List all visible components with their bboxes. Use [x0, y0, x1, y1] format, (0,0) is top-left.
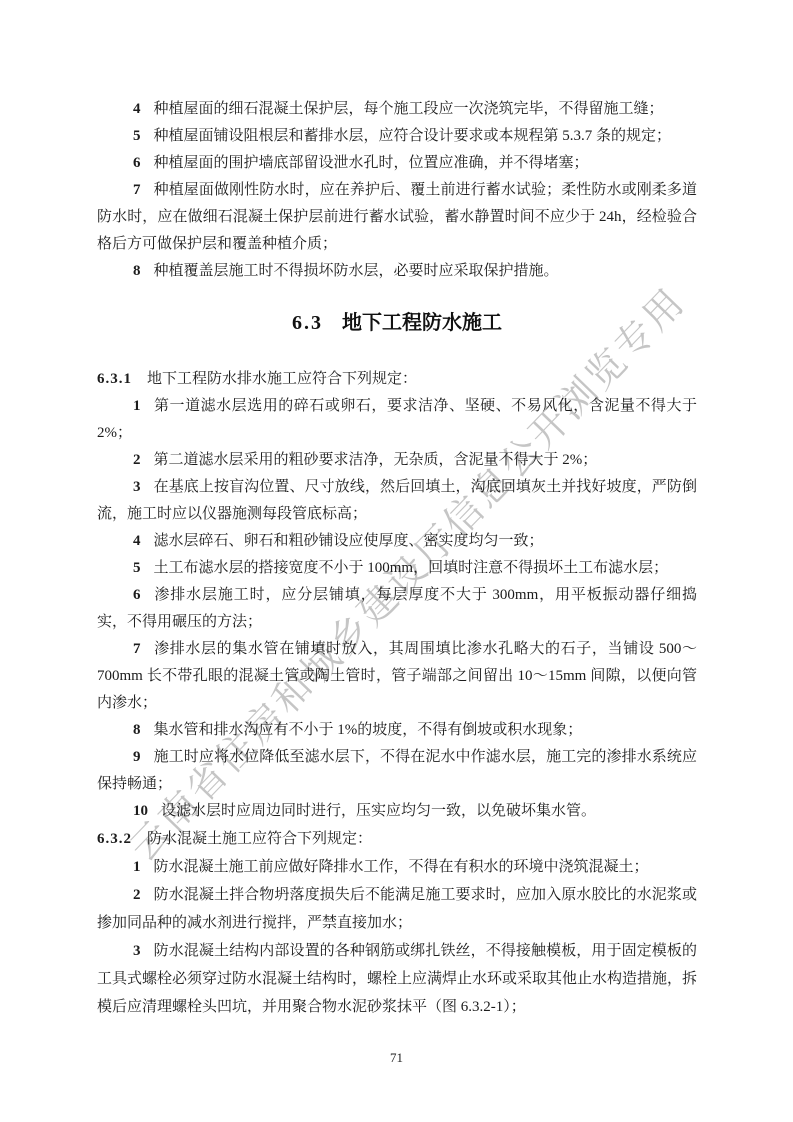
clause-text: 防水混凝土施工应符合下列规定：	[147, 831, 372, 847]
list-item: 3防水混凝土结构内部设置的各种钢筋或绑扎铁丝，不得接触模板，用于固定模板的工具式…	[97, 937, 697, 1021]
list-item: 2第二道滤水层采用的粗砂要求洁净，无杂质，含泥量不得大于 2%；	[97, 447, 697, 474]
clause-number: 6.3.2	[97, 831, 132, 847]
item-number: 2	[133, 887, 141, 903]
page-number: 71	[0, 1050, 793, 1066]
item-text: 种植覆盖层施工时不得损坏防水层，必要时应采取保护措施。	[154, 263, 559, 279]
item-text: 施工时应将水位降低至滤水层下，不得在泥水中作滤水层，施工完的渗排水系统应保持畅通…	[97, 749, 697, 792]
clause-text: 地下工程防水排水施工应符合下列规定：	[147, 371, 417, 387]
list-item: 5种植屋面铺设阻根层和蓄排水层，应符合设计要求或本规程第 5.3.7 条的规定；	[97, 123, 697, 150]
page-content: 4种植屋面的细石混凝土保护层，每个施工段应一次浇筑完毕，不得留施工缝； 5种植屋…	[97, 96, 697, 1021]
item-text: 防水混凝土拌合物坍落度损失后不能满足施工要求时，应加入原水胶比的水泥浆或掺加同品…	[97, 887, 697, 931]
item-text: 土工布滤水层的搭接宽度不小于 100mm，回填时注意不得损坏土工布滤水层；	[154, 560, 669, 576]
list-item: 6渗排水层施工时，应分层铺填，每层厚度不大于 300mm，用平板振动器仔细捣实，…	[97, 582, 697, 636]
list-item: 9施工时应将水位降低至滤水层下，不得在泥水中作滤水层，施工完的渗排水系统应保持畅…	[97, 744, 697, 798]
document-page: 云南省住房和城乡建设厅信息公开浏览专用 4种植屋面的细石混凝土保护层，每个施工段…	[0, 0, 793, 1122]
item-number: 9	[133, 749, 141, 765]
item-number: 8	[133, 722, 141, 738]
list-item: 8集水管和排水沟应有不小于 1%的坡度，不得有倒坡或积水现象；	[97, 717, 697, 744]
clause-heading: 6.3.2防水混凝土施工应符合下列规定：	[97, 825, 697, 853]
list-item: 7种植屋面做刚性防水时，应在养护后、覆土前进行蓄水试验；柔性防水或刚柔多道防水时…	[97, 177, 697, 258]
item-number: 6	[133, 587, 141, 603]
item-number: 1	[133, 859, 141, 875]
item-number: 8	[133, 263, 141, 279]
clause-number: 6.3.1	[97, 371, 132, 387]
list-item: 1防水混凝土施工前应做好降排水工作，不得在有积水的环境中浇筑混凝土；	[97, 853, 697, 881]
section-heading: 6.3地下工程防水施工	[97, 310, 697, 336]
list-item: 3在基底上按盲沟位置、尺寸放线，然后回填土，沟底回填灰土并找好坡度，严防倒流，施…	[97, 474, 697, 528]
section-632: 6.3.2防水混凝土施工应符合下列规定： 1防水混凝土施工前应做好降排水工作，不…	[97, 825, 697, 1021]
item-text: 滤水层碎石、卵石和粗砂铺设应使厚度、密实度均匀一致；	[154, 533, 544, 549]
item-text: 防水混凝土施工前应做好降排水工作，不得在有积水的环境中浇筑混凝土；	[154, 859, 649, 875]
list-item: 8种植覆盖层施工时不得损坏防水层，必要时应采取保护措施。	[97, 258, 697, 285]
list-item: 5土工布滤水层的搭接宽度不小于 100mm，回填时注意不得损坏土工布滤水层；	[97, 555, 697, 582]
item-number: 7	[133, 641, 141, 657]
item-text: 渗排水层的集水管在铺填时放入，其周围填比渗水孔略大的石子，当铺设 500～700…	[97, 641, 697, 711]
section-number: 6.3	[292, 312, 323, 334]
item-text: 种植屋面的细石混凝土保护层，每个施工段应一次浇筑完毕，不得留施工缝；	[154, 101, 664, 117]
item-number: 6	[133, 155, 141, 171]
item-text: 第一道滤水层选用的碎石或卵石，要求洁净、坚硬、不易风化，含泥量不得大于 2%；	[97, 398, 697, 441]
list-item: 10设滤水层时应周边同时进行，压实应均匀一致，以免破坏集水管。	[97, 798, 697, 825]
item-number: 2	[133, 452, 141, 468]
item-number: 4	[133, 533, 141, 549]
item-number: 4	[133, 101, 141, 117]
item-text: 种植屋面铺设阻根层和蓄排水层，应符合设计要求或本规程第 5.3.7 条的规定；	[154, 128, 672, 144]
list-item: 4种植屋面的细石混凝土保护层，每个施工段应一次浇筑完毕，不得留施工缝；	[97, 96, 697, 123]
item-text: 第二道滤水层采用的粗砂要求洁净，无杂质，含泥量不得大于 2%；	[154, 452, 598, 468]
item-number: 3	[133, 479, 141, 495]
list-item: 7渗排水层的集水管在铺填时放入，其周围填比渗水孔略大的石子，当铺设 500～70…	[97, 636, 697, 717]
item-number: 5	[133, 560, 141, 576]
item-text: 在基底上按盲沟位置、尺寸放线，然后回填土，沟底回填灰土并找好坡度，严防倒流，施工…	[97, 479, 697, 522]
item-number: 1	[133, 398, 141, 414]
item-text: 防水混凝土结构内部设置的各种钢筋或绑扎铁丝，不得接触模板，用于固定模板的工具式螺…	[97, 943, 697, 1015]
item-number: 7	[133, 182, 141, 198]
list-item: 6种植屋面的围护墙底部留设泄水孔时，位置应准确，并不得堵塞；	[97, 150, 697, 177]
item-text: 种植屋面做刚性防水时，应在养护后、覆土前进行蓄水试验；柔性防水或刚柔多道防水时，…	[97, 182, 697, 252]
section-title: 地下工程防水施工	[342, 312, 502, 334]
item-text: 渗排水层施工时，应分层铺填，每层厚度不大于 300mm，用平板振动器仔细捣实，不…	[97, 587, 697, 630]
item-number: 3	[133, 943, 141, 959]
item-text: 集水管和排水沟应有不小于 1%的坡度，不得有倒坡或积水现象；	[154, 722, 583, 738]
item-text: 种植屋面的围护墙底部留设泄水孔时，位置应准确，并不得堵塞；	[154, 155, 589, 171]
item-text: 设滤水层时应周边同时进行，压实应均匀一致，以免破坏集水管。	[161, 803, 596, 819]
list-item: 1第一道滤水层选用的碎石或卵石，要求洁净、坚硬、不易风化，含泥量不得大于 2%；	[97, 393, 697, 447]
list-item: 4滤水层碎石、卵石和粗砂铺设应使厚度、密实度均匀一致；	[97, 528, 697, 555]
item-number: 5	[133, 128, 141, 144]
section-631: 6.3.1地下工程防水排水施工应符合下列规定： 1第一道滤水层选用的碎石或卵石，…	[97, 366, 697, 825]
clause-heading: 6.3.1地下工程防水排水施工应符合下列规定：	[97, 366, 697, 393]
list-item: 2防水混凝土拌合物坍落度损失后不能满足施工要求时，应加入原水胶比的水泥浆或掺加同…	[97, 881, 697, 937]
item-number: 10	[133, 803, 148, 819]
